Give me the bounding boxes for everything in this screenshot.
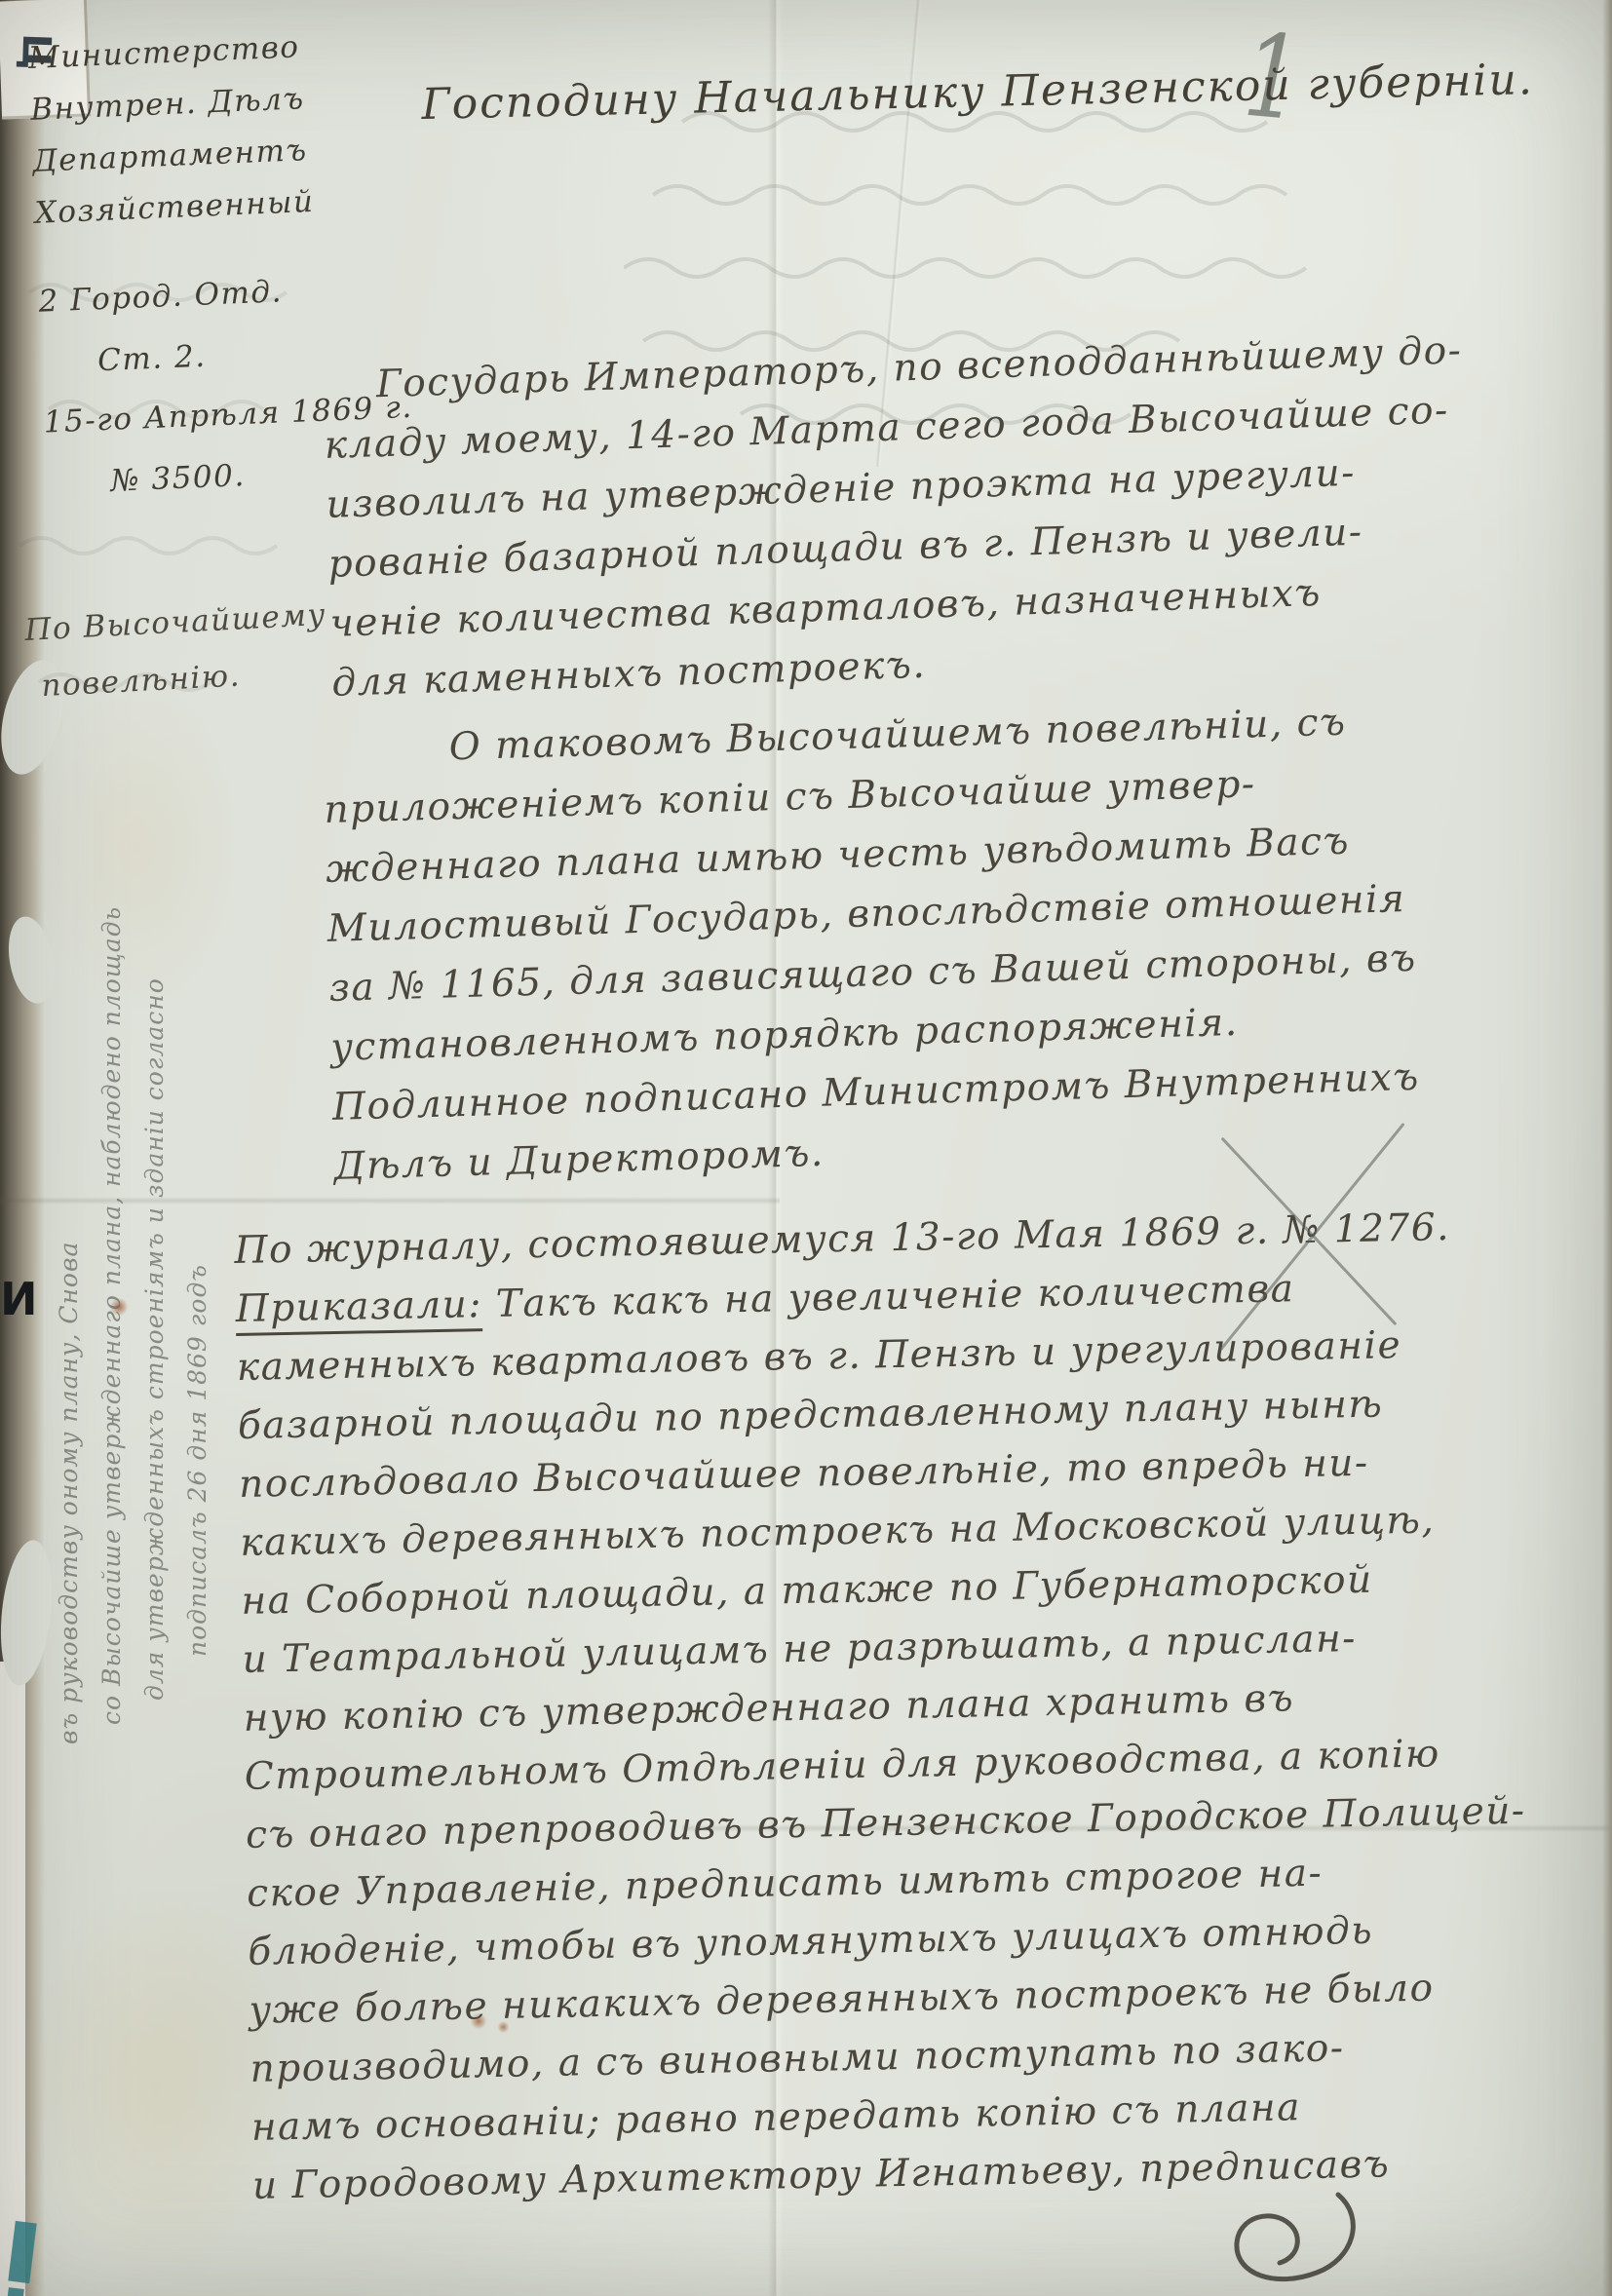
letterhead-line: 2 Город. Отд. <box>37 261 408 328</box>
archive-color-mark <box>7 2287 24 2296</box>
edge-letter: И <box>0 1273 38 1325</box>
body-paragraph-3: По журналу, состоявшемуся 13-го Мая 1869… <box>234 1199 1480 2216</box>
body-paragraph-1: Государь Императоръ, по всеподданнѣйшему… <box>322 321 1482 713</box>
pen-flourish <box>1174 2185 1369 2294</box>
margin-subject-note: По Высочайшему повелѣнію. <box>23 587 330 715</box>
page-right-edge <box>1602 0 1612 2296</box>
vertical-note-line: для утвержденныхъ строеніямъ и зданіи со… <box>140 977 169 1701</box>
paper-edge-fragment <box>0 1662 25 2296</box>
archival-document-scan: Ц И 1 Министерство Внутрен. Дѣлъ Департа… <box>0 0 1612 2296</box>
body-paragraph-2: О таковомъ Высочайшемъ повелѣніи, съ при… <box>322 689 1484 1197</box>
vertical-note-line: въ руководству оному плану, Снова <box>55 1242 83 1744</box>
resolution-keyword-rest: Такъ какъ на увеличеніе количества <box>481 1267 1294 1326</box>
resolution-keyword: Приказали: <box>235 1282 482 1336</box>
vertical-note-line: подписалъ 26 дня 1869 годъ <box>183 1264 211 1657</box>
vertical-note-line: со Высочайше утвержденнаго плана, наблюд… <box>97 906 126 1725</box>
